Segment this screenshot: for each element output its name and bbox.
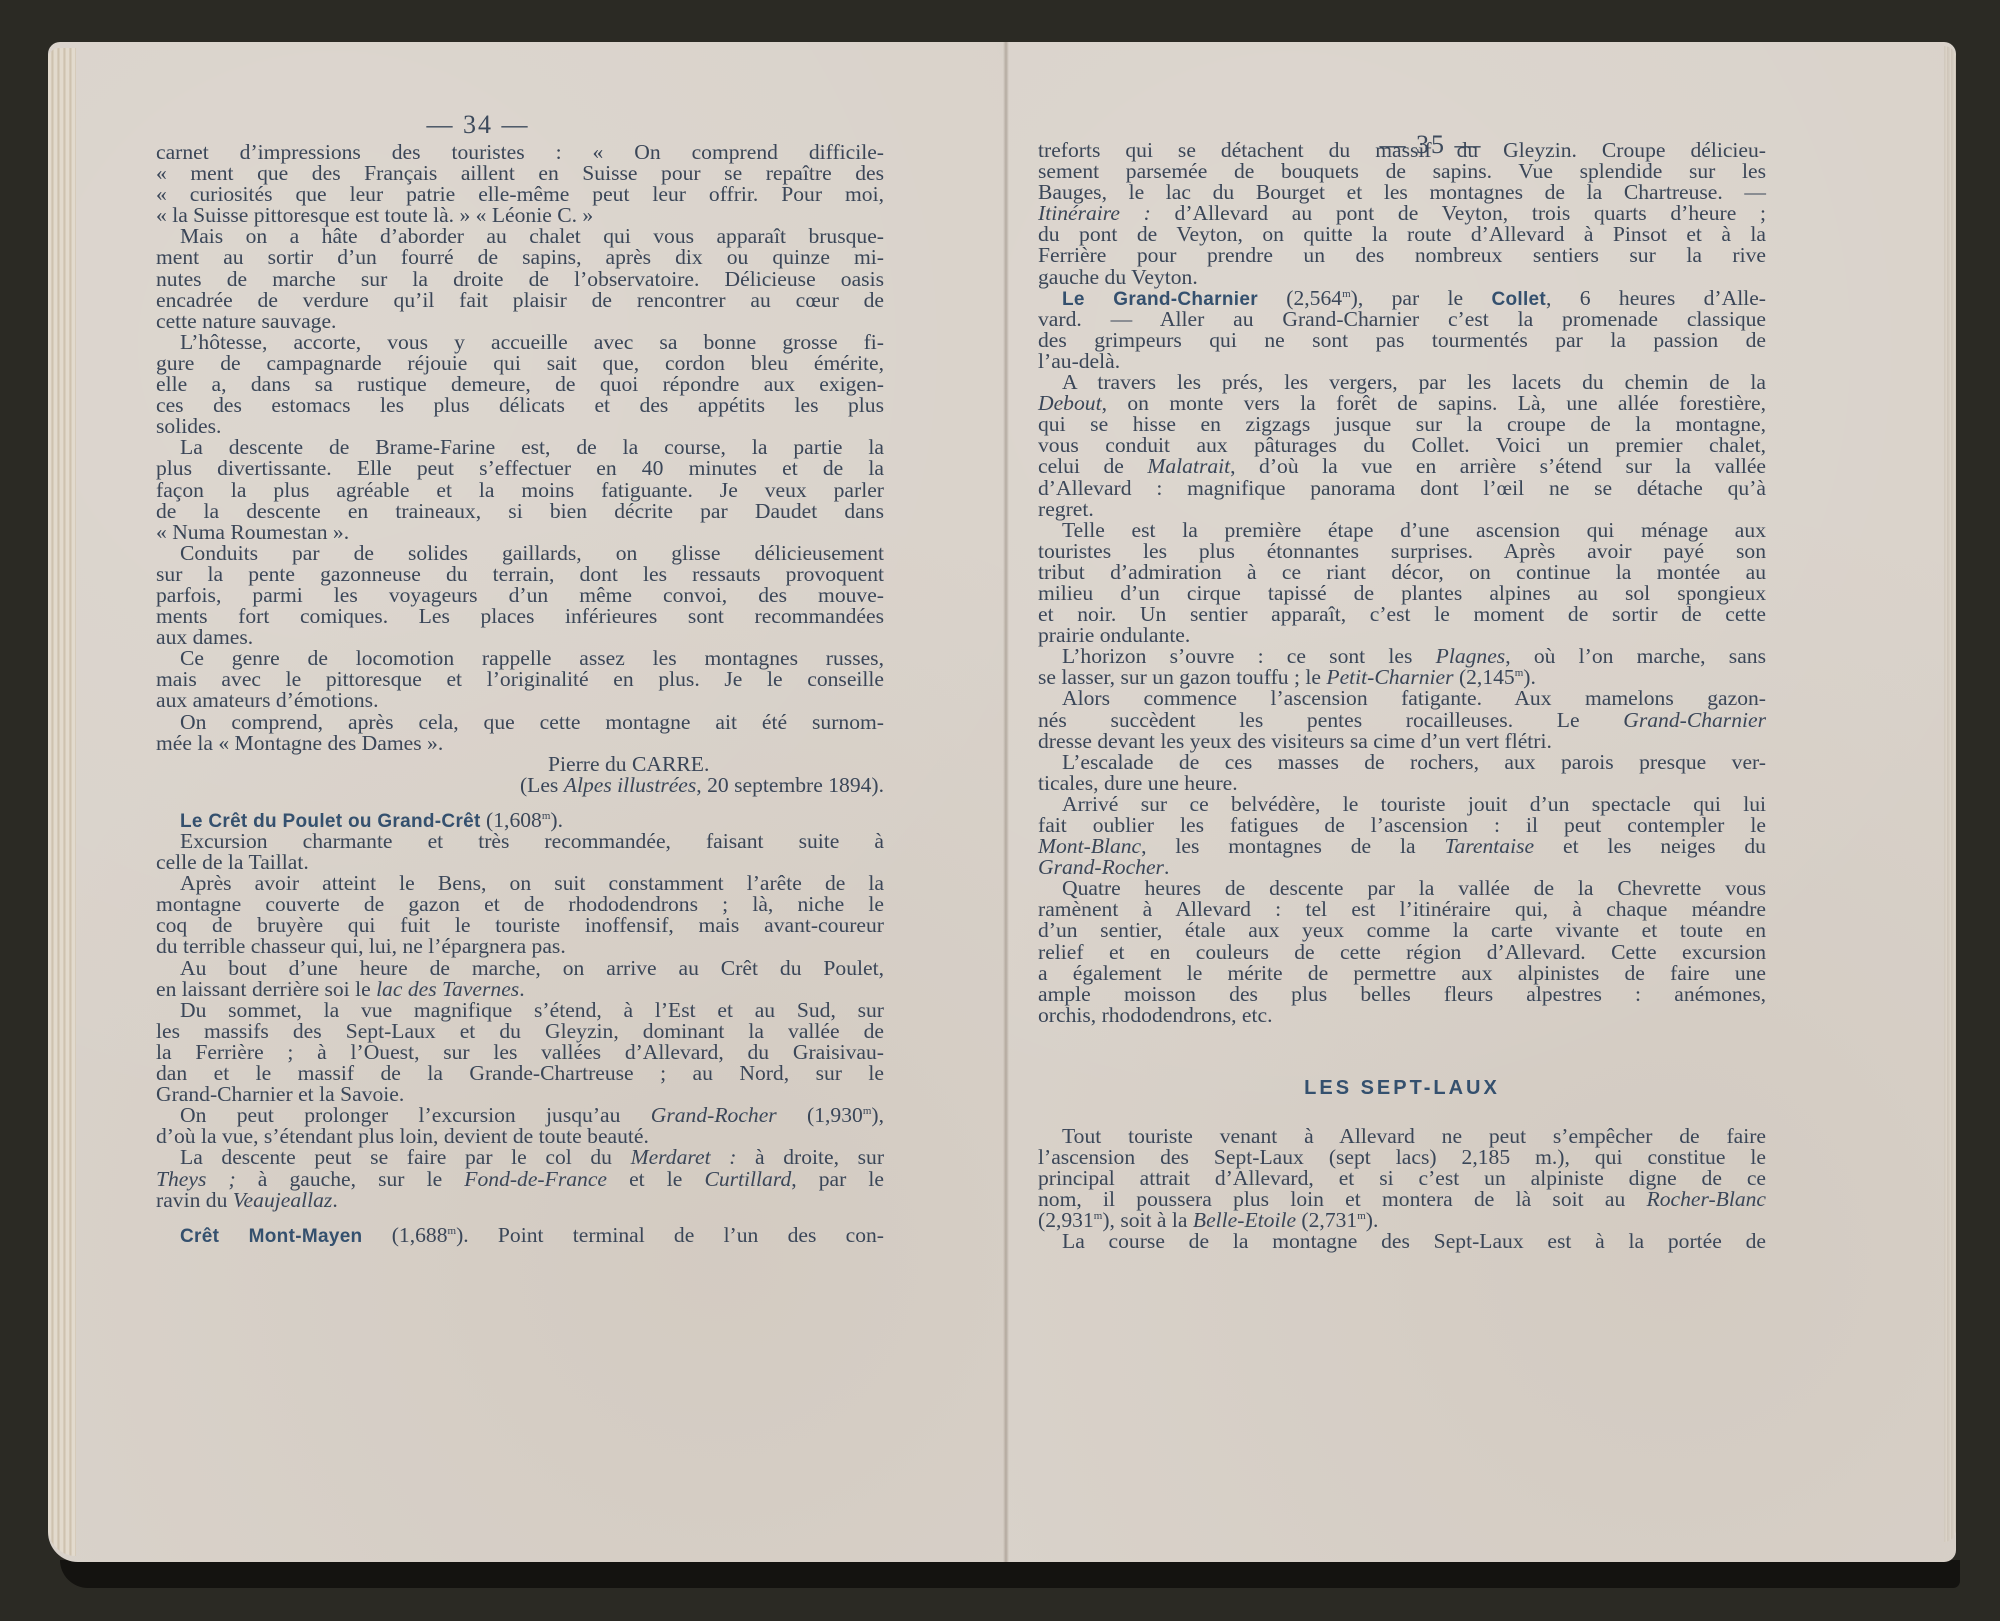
text-line: gauche du Veyton. <box>1038 267 1766 288</box>
text-line: On comprend, après cela, que cette monta… <box>156 712 884 733</box>
text-line: prairie ondulante. <box>1038 625 1766 646</box>
text-line: La descente peut se faire par le col du … <box>156 1147 884 1168</box>
text-line: « ment que des Français aillent en Suiss… <box>156 163 884 184</box>
text-line: Mont-Blanc, les montagnes de la Tarentai… <box>1038 836 1766 857</box>
text-line: qui se hisse en zigzags jusque sur la cr… <box>1038 414 1766 435</box>
text-line: « curiosités que leur patrie elle-même p… <box>156 184 884 205</box>
text-line: a également le mérite de permettre aux a… <box>1038 963 1766 984</box>
section-heading-grand-charnier: Le Grand-Charnier (2,564m), par le Colle… <box>1038 288 1766 309</box>
text-line: façon la plus agréable et la moins fatig… <box>156 480 884 501</box>
text-line: « la Suisse pittoresque est toute là. » … <box>156 205 884 226</box>
text-line: treforts qui se détachent du massif du G… <box>1038 140 1766 161</box>
text-line: du pont de Veyton, on quitte la route d’… <box>1038 224 1766 245</box>
text-line: sement parsemée de bouquets de sapins. V… <box>1038 161 1766 182</box>
text-line: ments fort comiques. Les places inférieu… <box>156 606 884 627</box>
text-line: La descente de Brame-Farine est, de la c… <box>156 437 884 458</box>
text-line: aux amateurs d’émotions. <box>156 690 884 711</box>
text-line: touristes les plus étonnantes surprises.… <box>1038 541 1766 562</box>
text-line: du terrible chasseur qui, lui, ne l’épar… <box>156 936 884 957</box>
section-heading-cret-du-poulet: Le Crêt du Poulet ou Grand-Crêt (1,608m)… <box>156 810 884 831</box>
text-line: Conduits par de solides gaillards, on gl… <box>156 543 884 564</box>
book-gutter <box>1003 42 1009 1562</box>
left-page-text: carnet d’impressions des touristes : « O… <box>156 142 884 1246</box>
text-line: Du sommet, la vue magnifique s’étend, à … <box>156 1000 884 1021</box>
text-line: carnet d’impressions des touristes : « O… <box>156 142 884 163</box>
text-line: solides. <box>156 416 884 437</box>
page-edges-left <box>48 48 76 1556</box>
text-line: gure de campagnarde réjouie qui sait que… <box>156 353 884 374</box>
text-line: vard. — Aller au Grand-Charnier c’est la… <box>1038 309 1766 330</box>
text-line: montagne couverte de gazon et de rhodode… <box>156 894 884 915</box>
text-line: A travers les prés, les vergers, par les… <box>1038 372 1766 393</box>
text-line: dan et le massif de la Grande-Chartreuse… <box>156 1063 884 1084</box>
text-line: fait oublier les fatigues de l’ascension… <box>1038 815 1766 836</box>
text-line: l’ascension des Sept-Laux (sept lacs) 2,… <box>1038 1147 1766 1168</box>
text-line: Ce genre de locomotion rappelle assez le… <box>156 648 884 669</box>
text-line: regret. <box>1038 499 1766 520</box>
text-line: Mais on a hâte d’aborder au chalet qui v… <box>156 226 884 247</box>
text-line: celui de Malatrait, d’où la vue en arriè… <box>1038 456 1766 477</box>
text-line: d’où la vue, s’étendant plus loin, devie… <box>156 1126 884 1147</box>
text-line: l’au-delà. <box>1038 351 1766 372</box>
source-citation: (Les Alpes illustrées, 20 septembre 1894… <box>156 775 884 796</box>
text-line: dresse devant les yeux des visiteurs sa … <box>1038 731 1766 752</box>
text-line: Grand-Rocher. <box>1038 857 1766 878</box>
text-line: principal attrait d’Allevard, et si c’es… <box>1038 1168 1766 1189</box>
text-line: en laissant derrière soi le lac des Tave… <box>156 979 884 1000</box>
text-line: orchis, rhododendrons, etc. <box>1038 1005 1766 1026</box>
text-line: Tout touriste venant à Allevard ne peut … <box>1038 1126 1766 1147</box>
text-line: L’escalade de ces masses de rochers, aux… <box>1038 752 1766 773</box>
text-line: Au bout d’une heure de marche, on arrive… <box>156 958 884 979</box>
text-line: relief et en couleurs de cette région d’… <box>1038 942 1766 963</box>
text-line: ample moisson des plus belles fleurs alp… <box>1038 984 1766 1005</box>
text-line: On peut prolonger l’excursion jusqu’au G… <box>156 1105 884 1126</box>
text-line: coq de bruyère qui fuit le touriste inof… <box>156 915 884 936</box>
text-line: Ferrière pour prendre un des nombreux se… <box>1038 245 1766 266</box>
text-line: elle a, dans sa rustique demeure, de quo… <box>156 374 884 395</box>
text-line: ment au sortir d’un fourré de sapins, ap… <box>156 247 884 268</box>
text-line: d’un sentier, étale aux yeux comme la ca… <box>1038 920 1766 941</box>
text-line: nutes de marche sur la droite de l’obser… <box>156 269 884 290</box>
text-line: ticales, dure une heure. <box>1038 773 1766 794</box>
right-page-text: treforts qui se détachent du massif du G… <box>1038 140 1766 1253</box>
page-number-34: — 34 — <box>328 110 628 140</box>
section-title-sept-laux: LES SEPT-LAUX <box>1038 1078 1766 1100</box>
text-line: Excursion charmante et très recommandée,… <box>156 831 884 852</box>
text-line: Debout, on monte vers la forêt de sapins… <box>1038 393 1766 414</box>
text-line: les massifs des Sept-Laux et du Gleyzin,… <box>156 1021 884 1042</box>
text-line: mée la « Montagne des Dames ». <box>156 733 884 754</box>
text-line: aux dames. <box>156 627 884 648</box>
text-line: mais avec le pittoresque et l’originalit… <box>156 669 884 690</box>
text-line: la Ferrière ; à l’Ouest, sur les vallées… <box>156 1042 884 1063</box>
text-line: sur la pente gazonneuse du terrain, dont… <box>156 564 884 585</box>
text-line: d’Allevard : magnifique panorama dont l’… <box>1038 478 1766 499</box>
text-line: se lasser, sur un gazon touffu ; le Peti… <box>1038 667 1766 688</box>
text-line: L’hôtesse, accorte, vous y accueille ave… <box>156 332 884 353</box>
text-line: parfois, parmi les voyageurs d’un même c… <box>156 585 884 606</box>
text-line: Telle est la première étape d’une ascens… <box>1038 520 1766 541</box>
text-line: milieu d’un cirque tapissé de plantes al… <box>1038 583 1766 604</box>
text-line: « Numa Roumestan ». <box>156 522 884 543</box>
text-line: Quatre heures de descente par la vallée … <box>1038 878 1766 899</box>
author-signature: Pierre du CARRE. <box>156 754 884 775</box>
text-line: nés succèdent les pentes rocailleuses. L… <box>1038 710 1766 731</box>
text-line: Itinéraire : d’Allevard au pont de Veyto… <box>1038 203 1766 224</box>
text-line: vous conduit aux pâturages du Collet. Vo… <box>1038 435 1766 456</box>
text-line: ces des estomacs les plus délicats et de… <box>156 395 884 416</box>
text-line: Après avoir atteint le Bens, on suit con… <box>156 873 884 894</box>
text-line: des grimpeurs qui ne sont pas tourmentés… <box>1038 330 1766 351</box>
text-line: encadrée de verdure qu’il fait plaisir d… <box>156 290 884 311</box>
book-shadow <box>60 1560 1960 1588</box>
text-line: Bauges, le lac du Bourget et les montagn… <box>1038 182 1766 203</box>
text-line: Alors commence l’ascension fatigante. Au… <box>1038 688 1766 709</box>
text-line: L’horizon s’ouvre : ce sont les Plagnes,… <box>1038 646 1766 667</box>
text-line: de la descente en traineaux, si bien déc… <box>156 501 884 522</box>
text-line: tribut d’admiration à ce riant décor, on… <box>1038 562 1766 583</box>
text-line: et noir. Un sentier apparaît, c’est le m… <box>1038 604 1766 625</box>
text-line: ravin du Veaujeallaz. <box>156 1190 884 1211</box>
text-line: nom, il poussera plus loin et montera de… <box>1038 1189 1766 1210</box>
text-line: Grand-Charnier et la Savoie. <box>156 1084 884 1105</box>
page-edges-right <box>1944 46 1956 1542</box>
text-line: plus divertissante. Elle peut s’effectue… <box>156 458 884 479</box>
text-line: Theys ; à gauche, sur le Fond-de-France … <box>156 1169 884 1190</box>
text-line: Arrivé sur ce belvédère, le touriste jou… <box>1038 794 1766 815</box>
text-line: celle de la Taillat. <box>156 852 884 873</box>
text-line: ramènent à Allevard : tel est l’itinérai… <box>1038 899 1766 920</box>
section-heading-cret-mont-mayen: Crêt Mont-Mayen (1,688m). Point terminal… <box>156 1225 884 1246</box>
text-line: cette nature sauvage. <box>156 311 884 332</box>
text-line: La course de la montagne des Sept-Laux e… <box>1038 1231 1766 1252</box>
text-line: (2,931m), soit à la Belle-Etoile (2,731m… <box>1038 1210 1766 1231</box>
